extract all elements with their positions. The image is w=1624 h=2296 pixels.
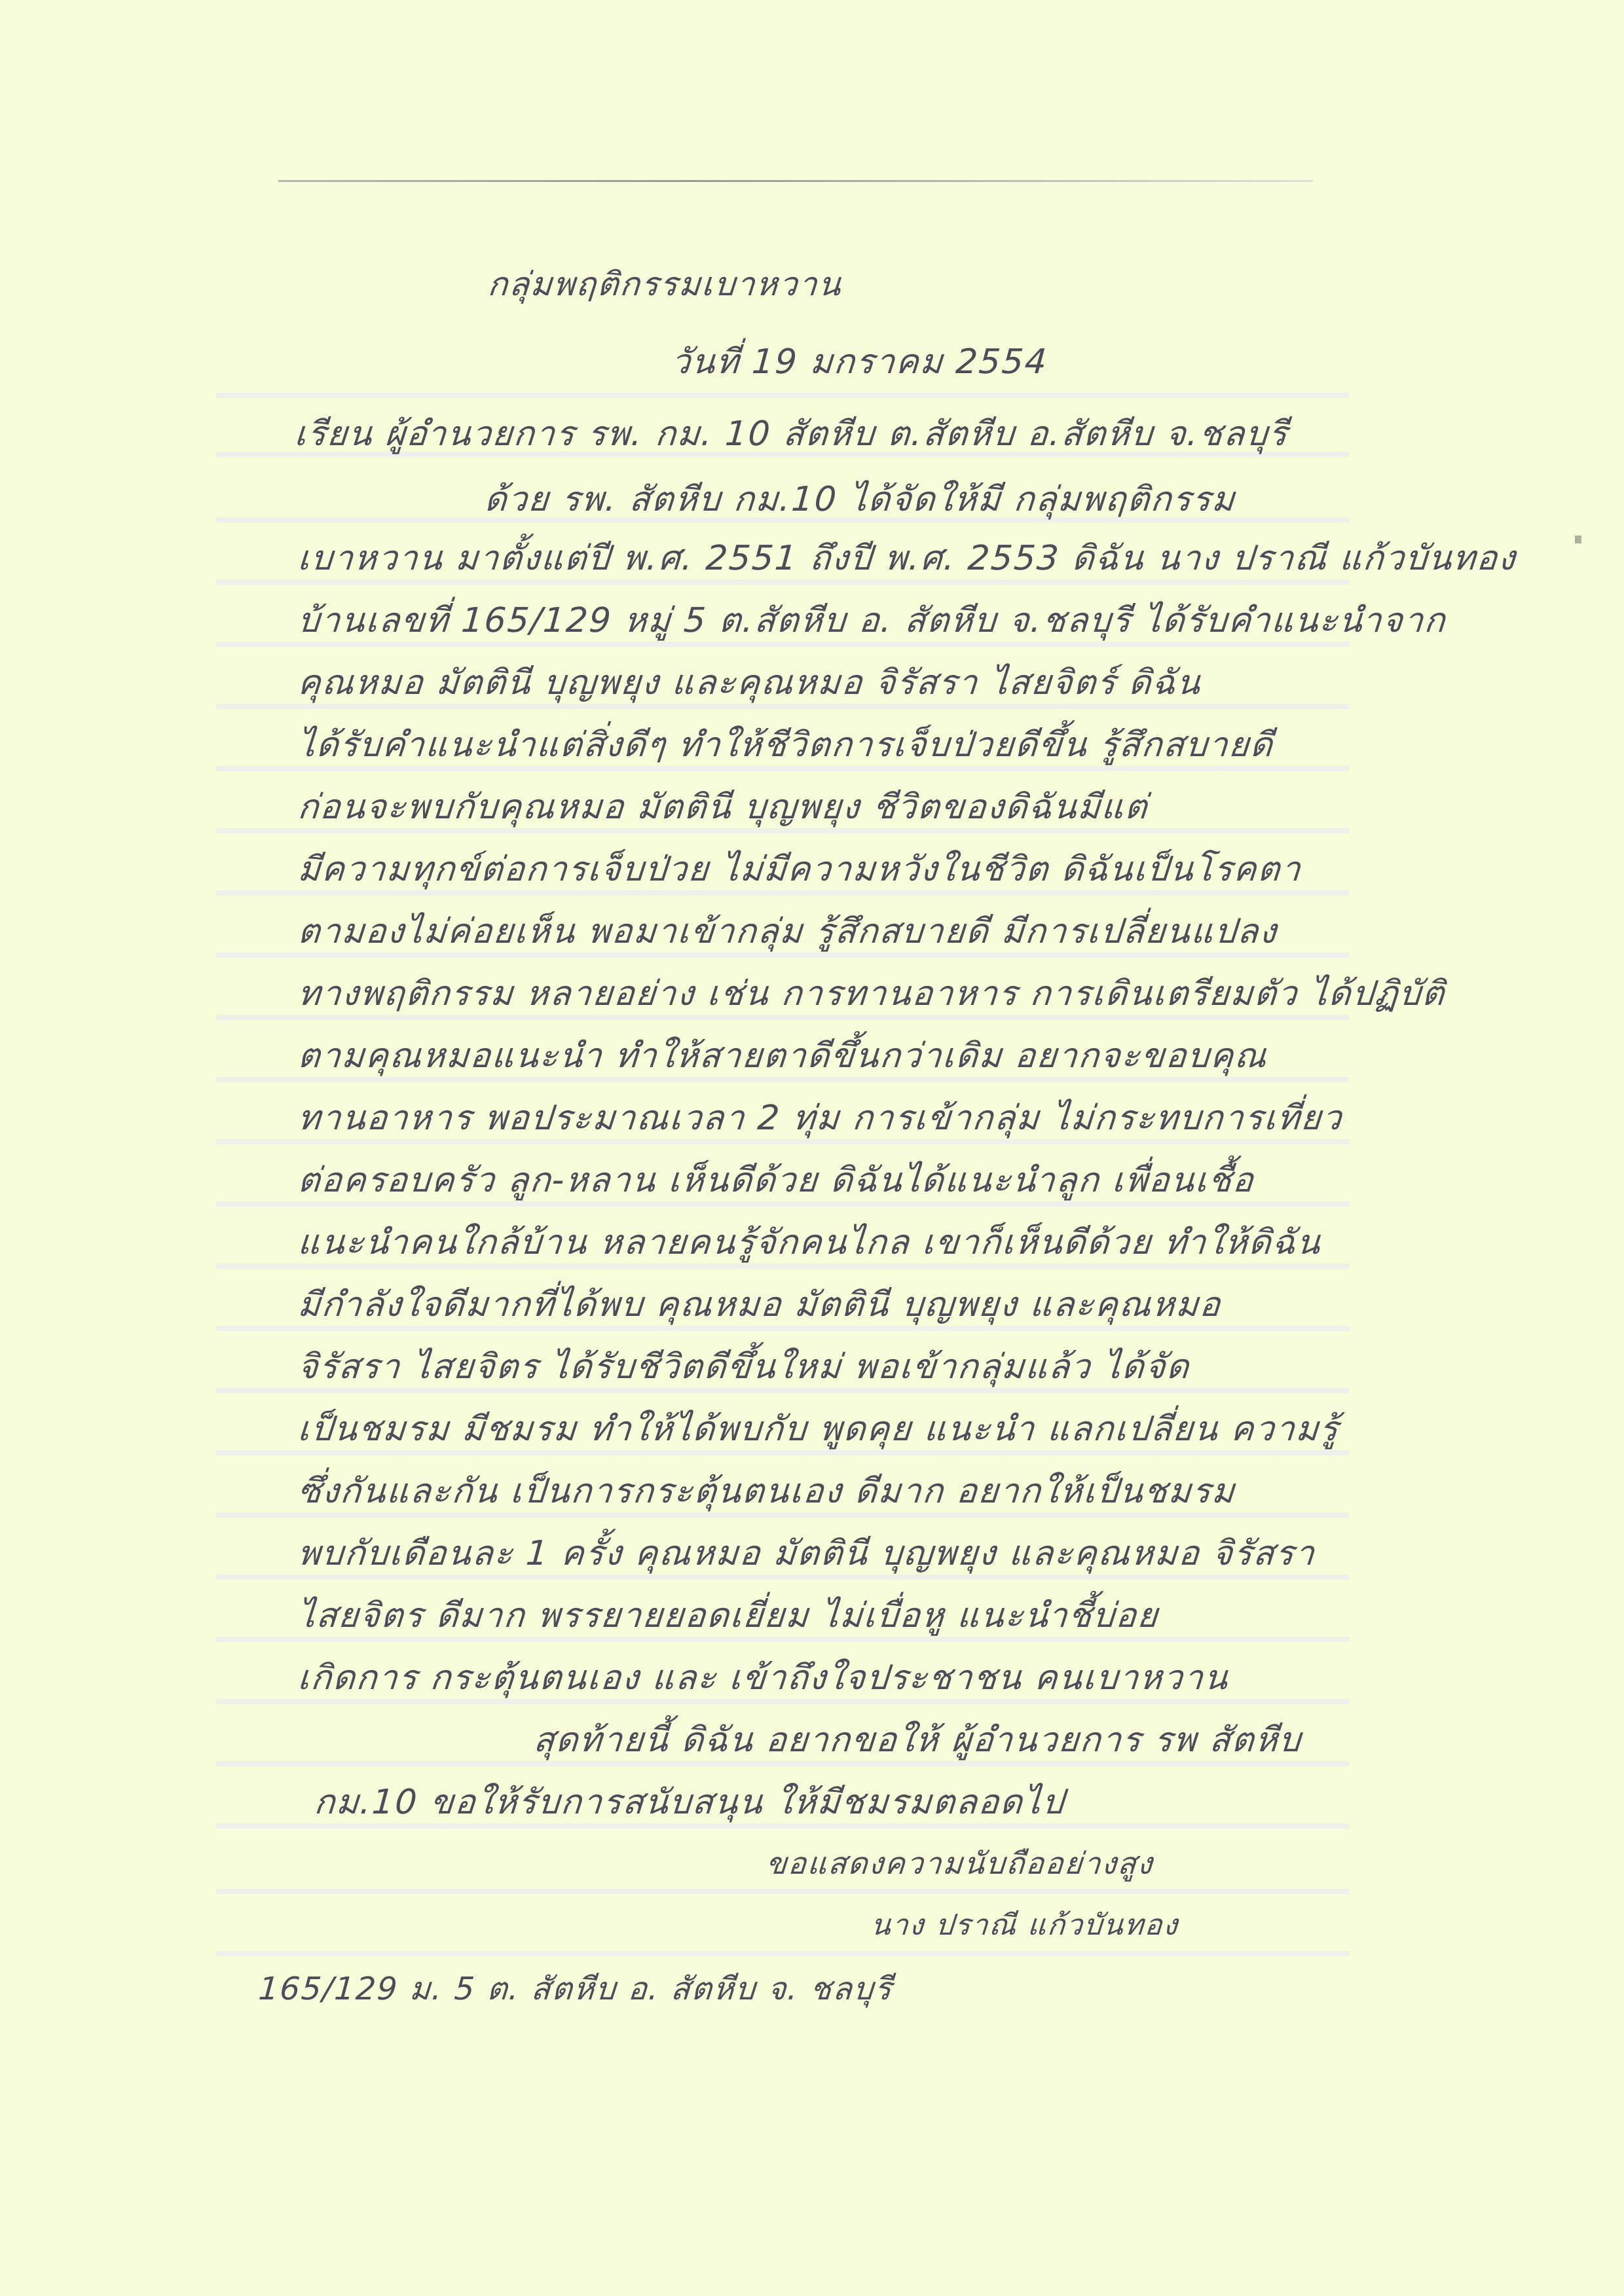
letter-salutation: เรียน ผู้อำนวยการ รพ. กม. 10 สัตหีบ ต.สั… (293, 406, 1290, 460)
letter-date: วันที่ 19 มกราคม 2554 (669, 334, 1050, 388)
body-line: เป็นชมรม มีชมรม ทำให้ได้พบกับ พูดคุย แนะ… (296, 1401, 1341, 1455)
body-line: ต่อครอบครัว ลูก-หลาน เห็นดีด้วย ดิฉันได้… (296, 1152, 1256, 1207)
ruled-line (216, 393, 1349, 398)
body-line: ตามคุณหมอแนะนำ ทำให้สายตาดีขึ้นกว่าเดิม … (296, 1028, 1269, 1082)
body-line: ตามองไม่ค่อยเห็น พอมาเข้ากลุ่ม รู้สึกสบา… (296, 903, 1280, 958)
body-line: บ้านเลขที่ 165/129 หมู่ 5 ต.สัตหีบ อ. สั… (296, 592, 1448, 647)
body-line: ได้รับคำแนะนำแต่สิ่งดีๆ ทำให้ชีวิตการเจ็… (296, 717, 1276, 771)
body-line: ด้วย รพ. สัตหีบ กม.10 ได้จัดให้มี กลุ่มพ… (483, 471, 1238, 526)
body-line: มีความทุกข์ต่อการเจ็บป่วย ไม่มีความหวังใ… (296, 841, 1303, 896)
body-line: จิรัสรา ไสยจิตร ได้รับชีวิตดีขึ้นใหม่ พอ… (296, 1339, 1192, 1393)
closing-line: กม.10 ขอให้รับการสนับสนุน ให้มีชมรมตลอดไ… (312, 1774, 1067, 1829)
body-line: ไสยจิตร ดีมาก พรรยายยอดเยี่ยม ไม่เบื่อหู… (296, 1588, 1160, 1642)
body-line: เกิดการ กระตุ้นตนเอง และ เข้าถึงใจประชาช… (296, 1650, 1230, 1704)
body-line: ทางพฤติกรรม หลายอย่าง เช่น การทานอาหาร ก… (296, 966, 1447, 1020)
top-divider-line (278, 180, 1313, 182)
ruled-line (216, 1889, 1349, 1894)
signature-name: นาง ปราณี แก้วบันทอง (870, 1902, 1181, 1948)
body-line: ทานอาหาร พอประมาณเวลา 2 ทุ่ม การเข้ากลุ่… (296, 1090, 1344, 1144)
body-line: ซึ่งกันและกัน เป็นการกระตุ้นตนเอง ดีมาก … (296, 1463, 1238, 1518)
body-line: แนะนำคนใกล้บ้าน หลายคนรู้จักคนไกล เขาก็เ… (296, 1214, 1323, 1269)
ruled-line (216, 1951, 1349, 1956)
letter-heading: กลุ่มพฤติกรรมเบาหวาน (486, 259, 843, 310)
body-line: พบกับเดือนละ 1 ครั้ง คุณหมอ มัตตินี บุญพ… (296, 1525, 1318, 1580)
closing-line: สุดท้ายนี้ ดิฉัน อยากขอให้ ผู้อำนวยการ ร… (532, 1712, 1304, 1766)
body-line: คุณหมอ มัตตินี บุญพยุง และคุณหมอ จิรัสรา… (296, 655, 1203, 709)
scan-speck (1575, 536, 1581, 543)
body-line: เบาหวาน มาตั้งแต่ปี พ.ศ. 2551 ถึงปี พ.ศ.… (296, 530, 1518, 585)
body-line: ก่อนจะพบกับคุณหมอ มัตตินี บุญพยุง ชีวิตข… (296, 779, 1150, 833)
sender-address: 165/129 ม. 5 ต. สัตหีบ อ. สัตหีบ จ. ชลบุ… (257, 1964, 895, 2014)
body-line: มีกำลังใจดีมากที่ได้พบ คุณหมอ มัตตินี บุ… (296, 1277, 1223, 1331)
sign-off: ขอแสดงความนับถืออย่างสูง (764, 1840, 1155, 1887)
